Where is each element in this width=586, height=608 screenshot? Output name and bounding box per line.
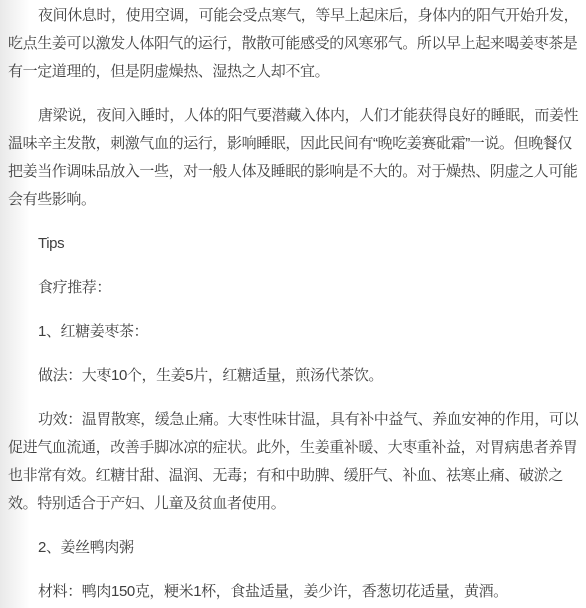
- article-body: 夜间休息时，使用空调，可能会受点寒气，等早上起床后，身体内的阳气开始升发，吃点生…: [0, 0, 586, 608]
- recipe-2-ingredients: 材料：鸭肉150克，粳米1杯，食盐适量，姜少许，香葱切花适量，黄酒。: [8, 578, 580, 606]
- tips-heading: Tips: [8, 230, 580, 258]
- intro-paragraph: 夜间休息时，使用空调，可能会受点寒气，等早上起床后，身体内的阳气开始升发，吃点生…: [8, 2, 580, 86]
- recipe-1-effects: 功效：温胃散寒，缓急止痛。大枣性味甘温，具有补中益气、养血安神的作用，可以促进气…: [8, 406, 580, 518]
- recipe-2-title: 2、姜丝鸭肉粥: [8, 534, 580, 562]
- recipe-1-title: 1、红糖姜枣茶：: [8, 318, 580, 346]
- article-page: 夜间休息时，使用空调，可能会受点寒气，等早上起床后，身体内的阳气开始升发，吃点生…: [0, 0, 586, 608]
- expert-opinion-paragraph: 唐梁说，夜间入睡时，人体的阳气要潜藏入体内，人们才能获得良好的睡眠，而姜性温味辛…: [8, 102, 580, 214]
- recipe-1-method: 做法：大枣10个，生姜5片，红糖适量，煎汤代茶饮。: [8, 362, 580, 390]
- diet-recommendation-label: 食疗推荐：: [8, 274, 580, 302]
